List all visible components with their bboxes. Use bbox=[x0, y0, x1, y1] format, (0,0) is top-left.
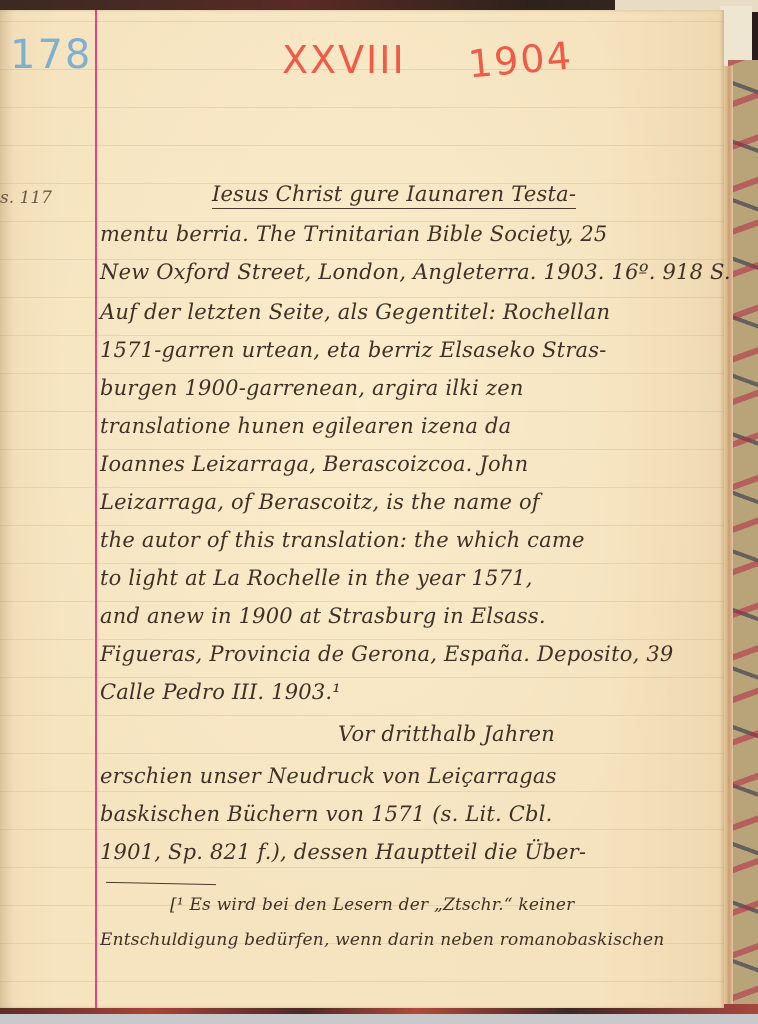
text-line-11: to light at La Rochelle in the year 1571… bbox=[100, 566, 533, 590]
text-line-5: 1571-garren urtean, eta berriz Elsaseko … bbox=[100, 338, 607, 362]
manuscript-page: 178 XXVIII 1904 s. 117 Iesus Christ gure… bbox=[0, 10, 724, 1008]
title-text: Iesus Christ gure Iaunaren Testa- bbox=[212, 182, 576, 209]
red-margin-line bbox=[95, 10, 97, 1008]
footnote-line-2: Entschuldigung bedürfen, wenn darin nebe… bbox=[100, 930, 664, 950]
text-line-1: Iesus Christ gure Iaunaren Testa- bbox=[212, 182, 576, 206]
text-line-14: Calle Pedro III. 1903.¹ bbox=[100, 680, 341, 704]
volume-numeral: XXVIII bbox=[282, 38, 406, 82]
text-line-7: translatione hunen egilearen izena da bbox=[100, 414, 511, 438]
paragraph2-line-3: baskischen Büchern von 1571 (s. Lit. Cbl… bbox=[100, 802, 552, 826]
text-line-4: Auf der letzten Seite, als Gegentitel: R… bbox=[100, 300, 610, 324]
text-line-3: New Oxford Street, London, Angleterra. 1… bbox=[100, 260, 731, 284]
back-page bbox=[720, 6, 752, 66]
paragraph2-line-2: erschien unser Neudruck von Leiçarragas bbox=[100, 764, 557, 788]
text-line-2: mentu berria. The Trinitarian Bible Soci… bbox=[100, 222, 607, 246]
text-line-10: the autor of this translation: the which… bbox=[100, 528, 585, 552]
margin-page-reference: s. 117 bbox=[0, 188, 52, 208]
year-mark: 1904 bbox=[466, 34, 574, 87]
text-line-6: burgen 1900-garrenean, argira ilki zen bbox=[100, 376, 524, 400]
text-line-12: and anew in 1900 at Strasburg in Elsass. bbox=[100, 604, 546, 628]
scan-background bbox=[0, 1014, 758, 1024]
paragraph2-line-4: 1901, Sp. 821 f.), dessen Hauptteil die … bbox=[100, 840, 586, 864]
text-line-13: Figueras, Provincia de Gerona, España. D… bbox=[100, 642, 673, 666]
text-line-9: Leizarraga, of Berascoitz, is the name o… bbox=[100, 490, 540, 514]
paragraph2-line-1: Vor dritthalb Jahren bbox=[338, 722, 555, 746]
catalog-number: 178 bbox=[10, 32, 92, 78]
footnote-line-1: [¹ Es wird bei den Lesern der „Ztschr.“ … bbox=[170, 895, 575, 915]
text-line-8: Ioannes Leizarraga, Berascoizcoa. John bbox=[100, 452, 528, 476]
